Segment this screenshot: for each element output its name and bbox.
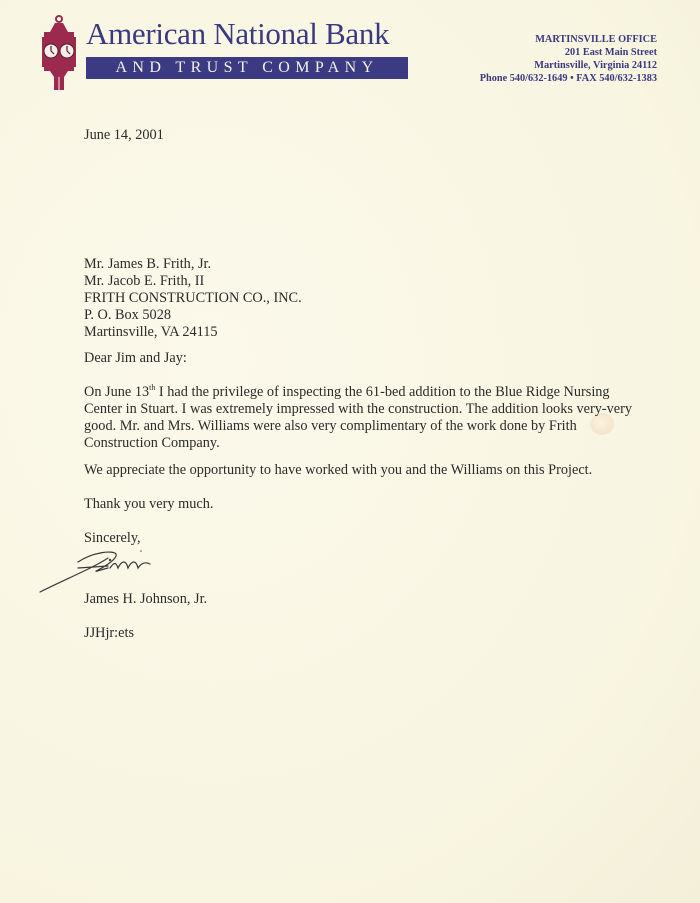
body-paragraph-1: On June 13th I had the privilege of insp… xyxy=(84,384,632,452)
office-city: Martinsville, Virginia 24112 xyxy=(480,59,657,72)
signature-icon xyxy=(38,548,168,594)
office-title: MARTINSVILLE OFFICE xyxy=(480,33,657,46)
recipient-line: Mr. James B. Frith, Jr. xyxy=(84,256,302,273)
paragraph-prefix: On June 13 xyxy=(84,384,149,400)
office-street: 201 East Main Street xyxy=(480,46,657,59)
salutation: Dear Jim and Jay: xyxy=(84,350,187,367)
recipient-address: Mr. James B. Frith, Jr. Mr. Jacob E. Fri… xyxy=(84,256,302,341)
letter-date: June 14, 2001 xyxy=(84,127,164,144)
body-paragraph-3: Thank you very much. xyxy=(84,496,213,513)
paragraph-line: Center in Stuart. I was extremely impres… xyxy=(84,401,632,418)
office-phone-fax: Phone 540/632-1649 • FAX 540/632-1383 xyxy=(480,72,657,85)
closing: Sincerely, xyxy=(84,530,141,547)
recipient-line: P. O. Box 5028 xyxy=(84,307,302,324)
reference-initials: JJHjr:ets xyxy=(84,625,134,642)
body-paragraph-2: We appreciate the opportunity to have wo… xyxy=(84,462,592,479)
bank-name: American National Bank xyxy=(86,18,389,49)
recipient-line: FRITH CONSTRUCTION CO., INC. xyxy=(84,290,302,307)
office-address-block: MARTINSVILLE OFFICE 201 East Main Street… xyxy=(480,33,657,85)
paragraph-line: Construction Company. xyxy=(84,435,632,452)
bank-subtitle: AND TRUST COMPANY xyxy=(86,57,408,79)
recipient-line: Martinsville, VA 24115 xyxy=(84,324,302,341)
signer-name: James H. Johnson, Jr. xyxy=(84,591,207,608)
paragraph-line: good. Mr. and Mrs. Williams were also ve… xyxy=(84,418,632,435)
clock-tower-icon xyxy=(38,14,80,90)
paragraph-line: I had the privilege of inspecting the 61… xyxy=(155,384,609,400)
recipient-line: Mr. Jacob E. Frith, II xyxy=(84,273,302,290)
